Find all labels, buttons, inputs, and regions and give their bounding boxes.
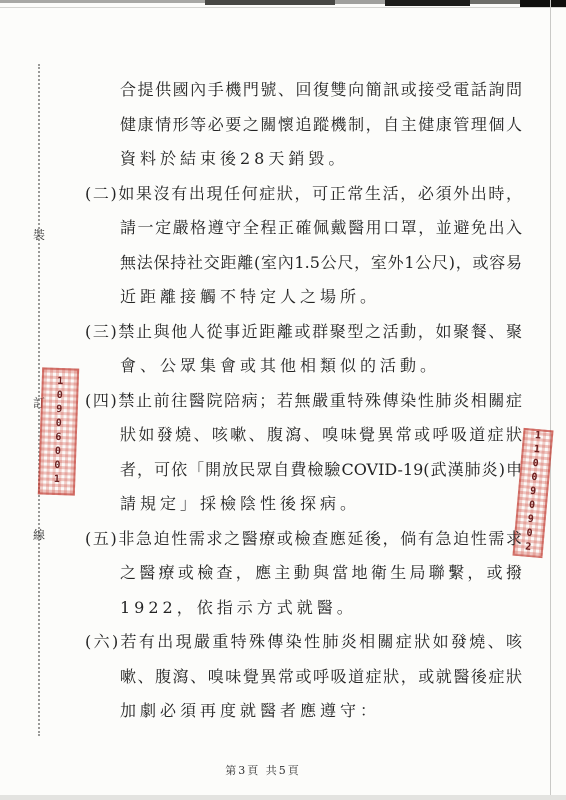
text-line: 請規定」採檢陰性後探病。	[120, 494, 522, 516]
text-line: 嗽、腹瀉、嗅味覺異常或呼吸道症狀，或就醫後症狀	[120, 667, 522, 689]
text-line: 1922，依指示方式就醫。	[120, 598, 522, 620]
text-line: 者，可依「開放民眾自費檢驗COVID-19(武漢肺炎)申	[120, 460, 522, 482]
document-text-block: 合提供國內手機門號、回復雙向簡訊或接受電話詢問健康情形等必要之關懷追蹤機制，自主…	[0, 0, 566, 800]
text-line: 健康情形等必要之關懷追蹤機制，自主健康管理個人	[120, 115, 522, 137]
text-line: (六)若有出現嚴重特殊傳染性肺炎相關症狀如發燒、咳	[85, 632, 522, 654]
text-line: 會、公眾集會或其他相類似的活動。	[120, 356, 522, 378]
text-line: (三)禁止與他人從事近距離或群聚型之活動，如聚餐、聚	[85, 322, 522, 344]
page-number: 第3頁 共5頁	[173, 762, 353, 778]
text-line: (四)禁止前往醫院陪病；若無嚴重特殊傳染性肺炎相關症	[85, 391, 522, 413]
text-line: 合提供國內手機門號、回復雙向簡訊或接受電話詢問	[120, 80, 522, 102]
text-line: 之醫療或檢查，應主動與當地衛生局聯繫，或撥	[120, 563, 522, 585]
text-line: 無法保持社交距離(室內1.5公尺，室外1公尺)，或容易	[120, 253, 522, 275]
text-line: (二)如果沒有出現任何症狀，可正常生活，必須外出時，	[85, 184, 522, 206]
text-line: 請一定嚴格遵守全程正確佩戴醫用口罩，並避免出入	[120, 218, 522, 240]
document-page: 裝 訂 線 10906001 110090902 合提供國內手機門號、回復雙向簡…	[0, 0, 566, 800]
text-line: (五)非急迫性需求之醫療或檢查應延後，倘有急迫性需求	[85, 529, 522, 551]
text-line: 狀如發燒、咳嗽、腹瀉、嗅味覺異常或呼吸道症狀	[120, 425, 522, 447]
text-line: 加劇必須再度就醫者應遵守：	[120, 701, 522, 723]
text-line: 資料於結束後28天銷毀。	[120, 149, 522, 171]
text-line: 近距離接觸不特定人之場所。	[120, 287, 522, 309]
